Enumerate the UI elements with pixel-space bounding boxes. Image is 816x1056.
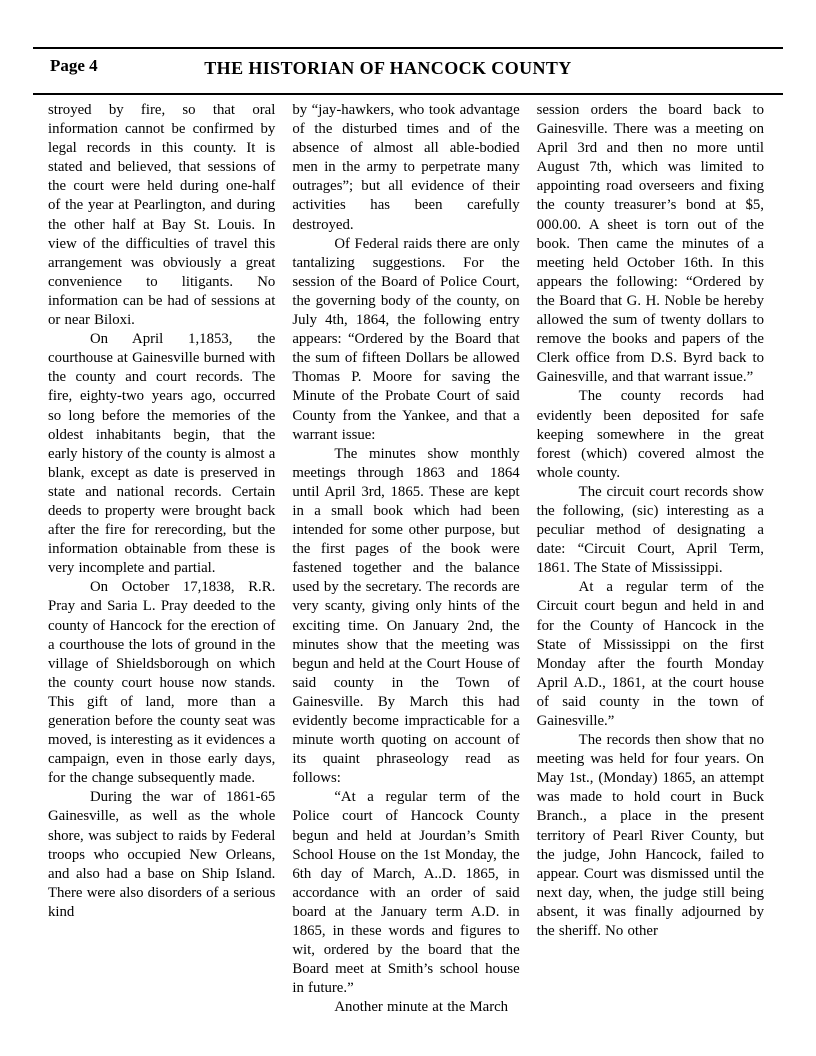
paragraph: The minutes show monthly meetings throug…	[292, 445, 519, 789]
paragraph: The county records had evidently been de…	[537, 387, 764, 482]
paragraph: On October 17,1838, R.R. Pray and Saria …	[48, 578, 275, 788]
newspaper-page: Page 4 THE HISTORIAN OF HANCOCK COUNTY s…	[0, 0, 816, 1056]
page-header: Page 4 THE HISTORIAN OF HANCOCK COUNTY	[33, 47, 783, 95]
text-column-3: session orders the board back to Gainesv…	[537, 101, 764, 1018]
paragraph: The circuit court records show the follo…	[537, 483, 764, 578]
paragraph: stroyed by fire, so that oral informatio…	[48, 101, 275, 330]
newspaper-title: THE HISTORIAN OF HANCOCK COUNTY	[33, 58, 743, 79]
paragraph: Of Federal raids there are only tantaliz…	[292, 235, 519, 445]
paragraph: “At a regular term of the Police court o…	[292, 788, 519, 998]
paragraph: session orders the board back to Gainesv…	[537, 101, 764, 387]
paragraph: The records then show that no meeting wa…	[537, 731, 764, 941]
article-body: stroyed by fire, so that oral informatio…	[48, 101, 764, 1018]
paragraph: On April 1,1853, the courthouse at Gaine…	[48, 330, 275, 578]
paragraph: At a regular term of the Circuit court b…	[537, 578, 764, 731]
paragraph: During the war of 1861-65 Gainesville, a…	[48, 788, 275, 922]
text-column-2: by “jay-hawkers, who took advantage of t…	[292, 101, 519, 1018]
paragraph: Another minute at the March	[292, 998, 519, 1017]
paragraph: by “jay-hawkers, who took advantage of t…	[292, 101, 519, 235]
text-column-1: stroyed by fire, so that oral informatio…	[48, 101, 275, 1018]
